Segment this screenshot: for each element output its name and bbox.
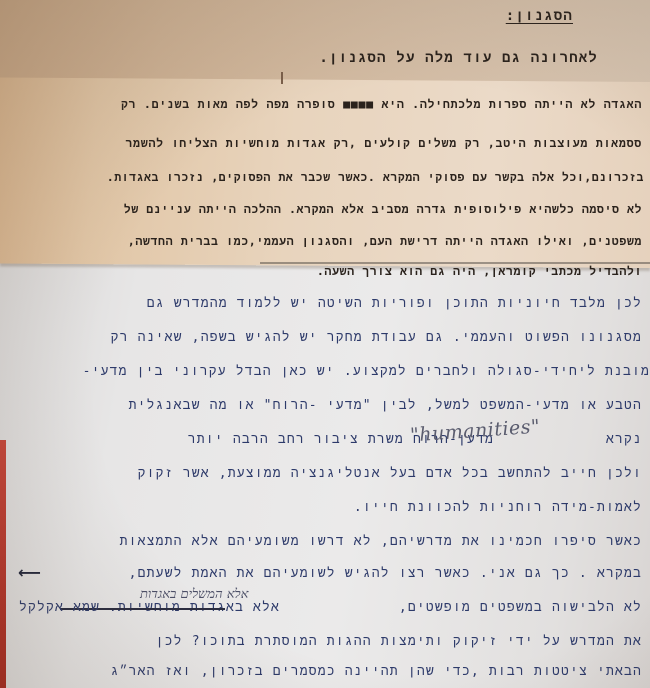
strip-line: ולהבדיל מכתבי קומראן, היה גם הוא צורך הש… [317,264,642,279]
body-line: שמא אקלקל [19,600,100,615]
body-line: מובנת ליחידי-סגולה ולחברים למקצוע. יש כא… [83,364,650,379]
body-line: הבאתי ציטטות רבות ,כדי שהן תהיינה כמסמרי… [111,664,642,679]
strip-line: בזכרונם,וכל אלה בקשר עם פסוקי המקרא .כאש… [107,170,644,185]
document-subheading: לאחרונה גם עוד מלה על הסגנון. [319,50,598,67]
body-line: לאמות-מידה רוחניות להכוונת חייו. [354,500,642,515]
document-heading: הסגנון: [506,8,573,25]
body-line: לכן מלבד חיוניות התוכן ופוריות השיטה יש … [147,296,642,311]
body-line: את המדרש על ידי זיקוק ותימצות ההגות המוס… [156,634,642,649]
strip-line: משפטנים, ואילו האגדה הייתה דרישת העם, וה… [128,234,642,249]
strip-line: האגדה לא הייתה ספרות מלכתחילה. היא ■■■■ … [121,97,642,112]
red-binding-edge [0,440,6,688]
handwritten-arrow-icon: ⟵ [18,563,41,582]
pen-mark [281,72,283,84]
body-line: ולכן חייב להתחשב בכל אדם בעל אנטליגנציה … [138,466,642,481]
body-line: מסגנונו הפשוט והעממי. גם עבודת מחקר יש ל… [111,330,642,345]
strip-line: ססמאות מעוצבות היטב, רק משלים קולעים ,רק… [125,136,642,151]
body-line: נקרא [606,432,642,447]
strip-line: לא סיסמה כלשהיא פילוסופית גדרה מסביב אלא… [124,202,642,217]
body-line: כאשר סיפרו חכמינו את מדרשיהם, לא דרשו מש… [120,534,642,549]
body-line: הטבע או מדעי-המשפט למשל, לבין "מדעי -הרו… [129,398,642,413]
body-line: במקרא . כך גם אני. כאשר רצו להגיש לשומעי… [129,566,642,581]
document-photo: הסגנון: לאחרונה גם עוד מלה על הסגנון. הא… [0,0,650,688]
body-line: לא הלבישוה במשפטים מופשטים, [399,600,642,615]
